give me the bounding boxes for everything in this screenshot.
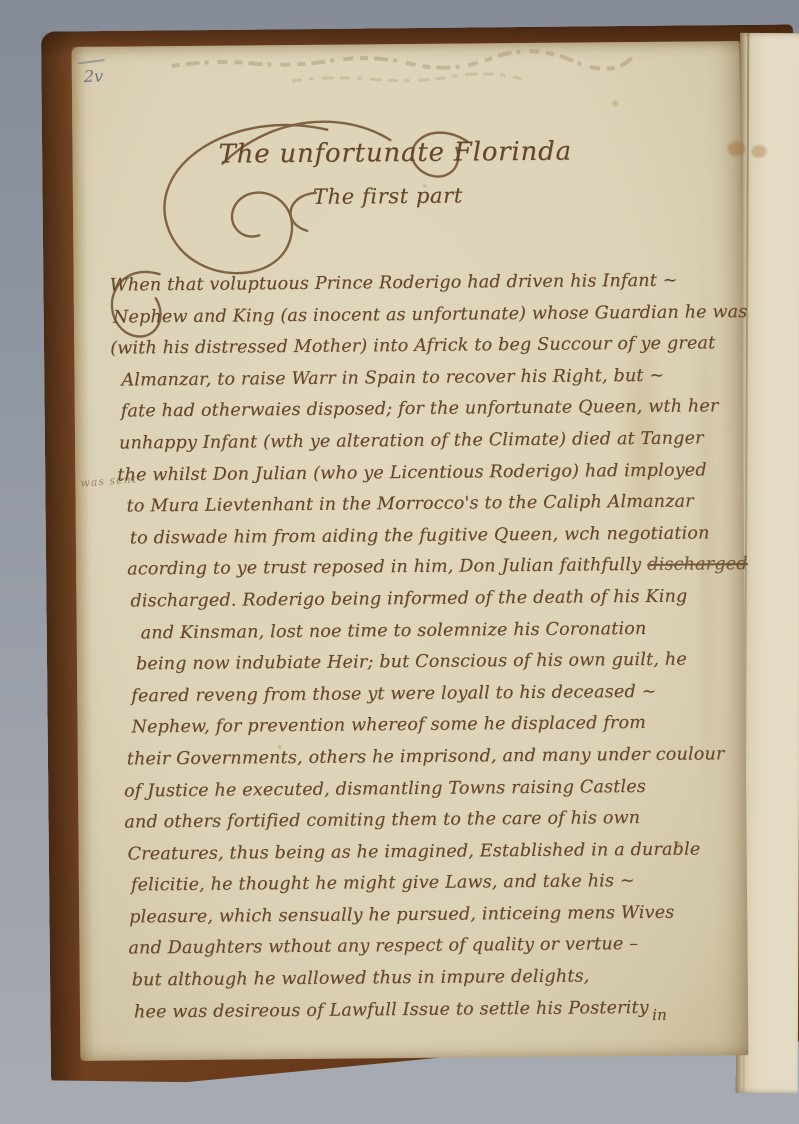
line-text: and Kinsman, lost noe time to solemnize … [141, 618, 647, 642]
manuscript-line: to Mura Lievtenhant in the Morrocco's to… [126, 486, 723, 523]
manuscript-line: Nephew and King (as inocent as unfortuna… [113, 297, 722, 334]
manuscript-line: the whilst Don Julian (who ye Licentious… [117, 455, 723, 492]
line-text: but although he wallowed thus in impure … [132, 967, 590, 991]
manuscript-line: feared reveng from those yt were loyall … [131, 676, 725, 713]
manuscript-line: (with his distressed Mother) into Africk… [110, 328, 722, 365]
manuscript-line: Almanzar, to raise Warr in Spain to reco… [121, 360, 722, 397]
line-text: When that voluptuous Prince Roderigo had… [110, 271, 678, 296]
line-text: being now indubiate Heir; but Conscious … [136, 650, 687, 675]
manuscript-line: acording to ye trust reposed in him, Don… [127, 550, 724, 587]
line-text: of Justice he executed, dismantling Town… [124, 776, 646, 801]
manuscript-line: Nephew, for prevention whereof some he d… [131, 708, 725, 745]
line-text: and Daughters wthout any respect of qual… [128, 934, 638, 958]
ink-show-through [72, 41, 740, 107]
manuscript-line: Creatures, thus being as he imagined, Es… [128, 834, 727, 871]
line-text: acording to ye trust reposed in him, Don… [127, 555, 641, 579]
manuscript-line: unhappy Infant (wth ye alteration of the… [119, 423, 723, 460]
line-text: felicitie, he thought he might give Laws… [131, 871, 635, 895]
manuscript-line: being now indubiate Heir; but Conscious … [136, 644, 725, 681]
body-text: When that voluptuous Prince Roderigo had… [110, 265, 729, 1029]
manuscript-page: 2v The unfortunate Florinda The first pa… [72, 41, 749, 1061]
line-text: their Governments, others he imprisond, … [127, 744, 725, 769]
photograph-scene: 2v The unfortunate Florinda The first pa… [0, 0, 799, 1124]
line-text: to Mura Lievtenhant in the Morrocco's to… [127, 492, 694, 517]
manuscript-line: of Justice he executed, dismantling Town… [124, 771, 726, 808]
catchword: in [652, 1006, 667, 1024]
line-text: Nephew, for prevention whereof some he d… [131, 713, 646, 737]
struck-word: discharged [647, 554, 748, 575]
foxing-spot [612, 100, 618, 106]
line-text: and others fortified comiting them to th… [124, 808, 640, 833]
line-text: fate had otherwaies disposed; for the un… [121, 397, 719, 422]
manuscript-line: discharged. Roderigo being informed of t… [130, 581, 724, 618]
folio-number: 2v [84, 67, 103, 86]
manuscript-line: pleasure, which sensually he pursued, in… [129, 897, 727, 934]
manuscript-line: fate had otherwaies disposed; for the un… [121, 392, 723, 429]
manuscript-line: When that voluptuous Prince Roderigo had… [110, 265, 722, 302]
line-text: hee was desireous of Lawfull Issue to se… [134, 998, 649, 1022]
line-text: Nephew and King (as inocent as unfortuna… [113, 302, 748, 328]
line-text: unhappy Infant (wth ye alteration of the… [119, 428, 704, 453]
manuscript-line: to diswade him from aiding the fugitive … [130, 518, 724, 555]
line-text: feared reveng from those yt were loyall … [131, 682, 656, 707]
manuscript-line: and Daughters wthout any respect of qual… [128, 929, 727, 966]
page-title: The unfortunate Florinda [218, 137, 572, 170]
line-text: discharged. Roderigo being informed of t… [130, 587, 687, 612]
manuscript-line: hee was desireous of Lawfull Issue to se… [134, 992, 728, 1029]
manuscript-line: their Governments, others he imprisond, … [127, 739, 726, 776]
line-text: Creatures, thus being as he imagined, Es… [128, 839, 701, 864]
manuscript-line: and Kinsman, lost noe time to solemnize … [141, 613, 725, 650]
line-text: the whilst Don Julian (who ye Licentious… [117, 460, 707, 485]
line-text: Almanzar, to raise Warr in Spain to reco… [121, 366, 664, 391]
line-text: (with his distressed Mother) into Africk… [110, 334, 715, 359]
page-subtitle: The first part [313, 184, 463, 209]
manuscript-line: but although he wallowed thus in impure … [132, 960, 728, 997]
line-text: pleasure, which sensually he pursued, in… [129, 903, 674, 928]
manuscript-line: felicitie, he thought he might give Laws… [131, 866, 727, 903]
line-text: to diswade him from aiding the fugitive … [130, 523, 710, 548]
manuscript-line: and others fortified comiting them to th… [124, 802, 726, 839]
